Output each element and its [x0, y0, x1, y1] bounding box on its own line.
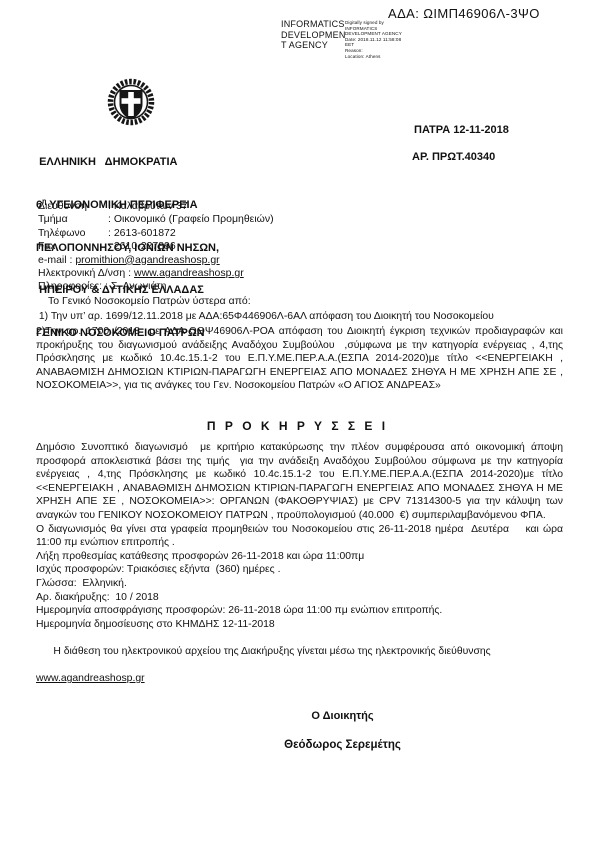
body-line-deadline: Λήξη προθεσμίας κατάθεσης προσφορών 26-1…	[36, 550, 563, 564]
body-paragraph-date-place: Ο διαγωνισμός θα γίνει στα γραφεία προμη…	[36, 523, 563, 550]
contact-row-address: Διεύθυνση: Καλαβρύτων 37	[38, 200, 274, 213]
org-line-republic: ΕΛΛΗΝΙΚΗ ΔΗΜΟΚΡΑΤΙΑ	[36, 155, 219, 169]
body-line-unsealing-date: Ημερομηνία αποσφράγισης προσφορών: 26-11…	[36, 604, 563, 618]
body-line-validity: Ισχύς προσφορών: Τριακόσιες εξήντα (360)…	[36, 563, 563, 577]
preamble-item-1: 1) Την υπ’ αρ. 1699/12.11.2018 με ΑΔΑ:65…	[36, 311, 563, 322]
contact-row-phone: Τηλέφωνο: 2613-601872	[38, 227, 274, 240]
digital-signature-stamp: INFORMATICS DEVELOPMEN T AGENCY	[281, 19, 346, 51]
announcement-heading: Π Ρ Ο Κ Η Ρ Υ Σ Σ Ε Ι	[36, 419, 559, 433]
coat-of-arms-icon	[103, 77, 159, 129]
website-link[interactable]: www.agandreashosp.gr	[134, 267, 244, 279]
stamp-agency-line: DEVELOPMEN	[281, 30, 346, 41]
ada-code: ΑΔΑ: ΩΙΜΠ46906Λ-3ΨΟ	[388, 6, 540, 21]
signature-title: Ο Διοικητής	[245, 710, 440, 722]
declaration-website-link[interactable]: www.agandreashosp.gr	[36, 672, 563, 686]
contact-row-department: Τμήμα: Οικονομικό (Γραφείο Προμηθειών)	[38, 213, 274, 226]
body-line-declaration-number: Αρ. διακήρυξης: 10 / 2018	[36, 591, 563, 605]
contact-block: Διεύθυνση: Καλαβρύτων 37 Τμήμα: Οικονομι…	[38, 200, 274, 294]
body-paragraph-file-availability: Η διάθεση του ηλεκτρονικού αρχείου της Δ…	[36, 631, 563, 713]
stamp-detail-line: DEVELOPMENT AGENCY	[345, 31, 402, 37]
preamble-intro: Το Γενικό Νοσοκομείο Πατρών ύστερα από:	[48, 295, 251, 307]
preamble-item-2: 2)Την αρ. 1700 /2018 με ΑΔΑ ΩΘΨ46906Λ-ΡΟ…	[36, 325, 563, 393]
stamp-detail-line: Location: Athens	[345, 54, 402, 60]
protocol-number: ΑΡ. ΠΡΩΤ.40340	[412, 151, 495, 163]
contact-row-info: Πληροφορίες: : Σ. Ανωγιάτη	[38, 280, 274, 293]
announcement-body: Δημόσιο Συνοπτικό διαγωνισμό με κριτήριο…	[36, 441, 563, 713]
contact-row-website: Ηλεκτρονική Δ/νση : www.agandreashosp.gr	[38, 267, 274, 280]
stamp-signature-details: Digitally signed by INFORMATICS DEVELOPM…	[345, 20, 402, 59]
body-paragraph-tender: Δημόσιο Συνοπτικό διαγωνισμό με κριτήριο…	[36, 441, 563, 523]
email-link[interactable]: promithion@agandreashosp.gr	[75, 254, 219, 266]
stamp-agency-line: T AGENCY	[281, 40, 346, 51]
document-page: ΑΔΑ: ΩΙΜΠ46906Λ-3ΨΟ INFORMATICS DEVELOPM…	[0, 0, 595, 842]
contact-row-email: e-mail : promithion@agandreashosp.gr	[38, 254, 274, 267]
signature-name: Θεόδωρος Σερεμέτης	[245, 739, 440, 751]
body-line-language: Γλώσσα: Ελληνική.	[36, 577, 563, 591]
stamp-agency-line: INFORMATICS	[281, 19, 346, 30]
body-line-publication-date: Ημερομηνία δημοσίευσης στο ΚΗΜΔΗΣ 12-11-…	[36, 618, 563, 632]
contact-row-fax: Fax: 2610-227896	[38, 240, 274, 253]
city-date: ΠΑΤΡΑ 12-11-2018	[414, 124, 509, 136]
